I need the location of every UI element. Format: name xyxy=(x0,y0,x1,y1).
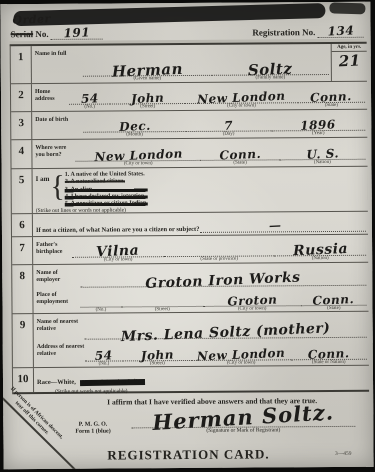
dob-label: Date of birth xyxy=(35,113,83,124)
born-nation-value: U. S. xyxy=(306,148,339,159)
name-label: Name in full xyxy=(35,47,83,58)
relative-street-value: John xyxy=(140,350,174,361)
serial-value: 191 xyxy=(63,27,90,38)
father-label: Father's birthplace xyxy=(36,238,72,255)
tear-corner: If person is of African descent, tear of… xyxy=(3,379,104,470)
row-home-address: 2 Home address 54 (No.) John (Street) Ne… xyxy=(11,82,367,112)
dob-year-value: 1896 xyxy=(300,119,336,130)
relative-state-value: Conn. xyxy=(308,348,350,360)
registration-value: 134 xyxy=(327,25,354,36)
serial-number-field: Order Serial No. 191 xyxy=(11,28,103,41)
row-employer: 8 Name of employer Groton Iron Works Pla… xyxy=(12,263,368,314)
row-number: 1 xyxy=(11,46,32,83)
home-city-value: New London xyxy=(197,91,286,105)
relative-city-value: New London xyxy=(197,348,286,362)
relative-address-label: Address of nearest relative xyxy=(37,340,85,357)
father-city-value: Vilna xyxy=(96,246,139,258)
home-label: Home address xyxy=(35,85,69,102)
row-number: 3 xyxy=(11,112,32,139)
given-name-value: Herman xyxy=(112,64,183,77)
family-name-value: Soltz xyxy=(248,63,293,75)
serial-label-no: No. xyxy=(35,29,48,39)
row-number: 4 xyxy=(11,140,32,168)
row-name: 1 Name in full Herman (Given name) Soltz… xyxy=(11,44,367,84)
dob-day-value: 7 xyxy=(224,121,233,131)
row-number: 8 xyxy=(12,265,33,313)
row-number: 9 xyxy=(13,314,34,367)
order-handwritten: Order xyxy=(12,14,51,26)
card-header: Order Serial No. 191 Registration No. 13… xyxy=(0,2,370,45)
born-label: Where were you born? xyxy=(35,141,75,158)
row-citizenship: 5 I am { 1. A native of the United State… xyxy=(12,167,368,214)
born-city-value: New London xyxy=(94,148,183,162)
born-state-value: Conn. xyxy=(219,149,261,161)
signature-field: Herman Soltz. (Signature or Mark of Regi… xyxy=(131,407,355,435)
row-where-born: 4 Where were you born? New London (City … xyxy=(11,138,367,169)
age-label: Age, in yrs. xyxy=(332,44,367,52)
employment-state-value: Conn. xyxy=(313,294,355,306)
registration-card: Order Serial No. 191 Registration No. 13… xyxy=(0,2,373,470)
row-number: 7 xyxy=(12,237,33,264)
print-code: 3—459 xyxy=(335,451,352,457)
citizen-brace: { xyxy=(50,170,65,209)
row-nation-subject: 6 If not a citizen, of what Nation are y… xyxy=(12,212,368,237)
father-state-sublabel: (State or province) xyxy=(164,256,274,263)
tear-corner-note: If person is of African descent, tear of… xyxy=(3,384,67,448)
serial-label-struck: Serial xyxy=(11,29,34,39)
home-state-value: Conn. xyxy=(310,91,352,103)
age-value: 21 xyxy=(338,55,360,66)
row-father-birthplace: 7 Father's birthplace Vilna (City or tow… xyxy=(12,235,368,265)
row-number: 5 xyxy=(12,169,33,213)
father-nation-value: Russia xyxy=(292,244,347,256)
employment-city-value: Groton xyxy=(227,295,277,307)
row-number: 6 xyxy=(12,214,33,236)
citizen-label: I am xyxy=(36,170,50,209)
nation-subject-label: If not a citizen, of what Nation are you… xyxy=(36,226,200,234)
form-rows: 1 Name in full Herman (Given name) Soltz… xyxy=(10,42,369,394)
row-number: 2 xyxy=(11,84,32,111)
registrant-signature: Herman Soltz. xyxy=(152,402,335,433)
relative-name-label: Name of nearest relative xyxy=(37,315,85,332)
registration-number-field: Registration No. 134 xyxy=(252,26,363,39)
employment-place-label: Place of employment xyxy=(36,288,80,305)
registration-label: Registration No. xyxy=(252,27,315,37)
employer-name-label: Name of employer xyxy=(36,266,80,283)
row-nearest-relative: 9 Name of nearest relative Mrs. Lena Sol… xyxy=(13,312,369,368)
relative-no-value: 54 xyxy=(95,350,113,361)
home-no-value: 54 xyxy=(81,93,99,104)
age-box: Age, in yrs. 21 xyxy=(331,44,367,81)
nation-subject-value: — xyxy=(268,220,281,231)
dob-month-value: Dec. xyxy=(119,121,151,132)
row-date-of-birth: 3 Date of birth Dec. (Month) 7 (Day) 189… xyxy=(11,110,367,140)
home-street-value: John xyxy=(131,93,165,104)
